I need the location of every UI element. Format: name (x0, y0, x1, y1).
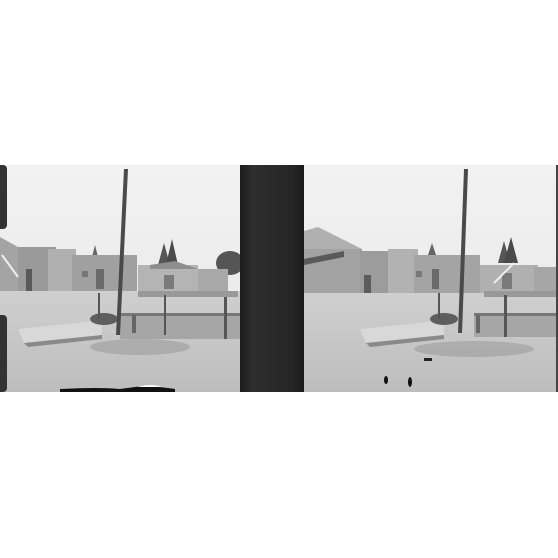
stereo-photo-plate (0, 165, 558, 392)
stereo-divider-strip (240, 165, 304, 392)
plate-edge-damage (0, 165, 8, 392)
stereo-frame-left (0, 165, 240, 392)
stereo-frame-right (304, 165, 558, 392)
